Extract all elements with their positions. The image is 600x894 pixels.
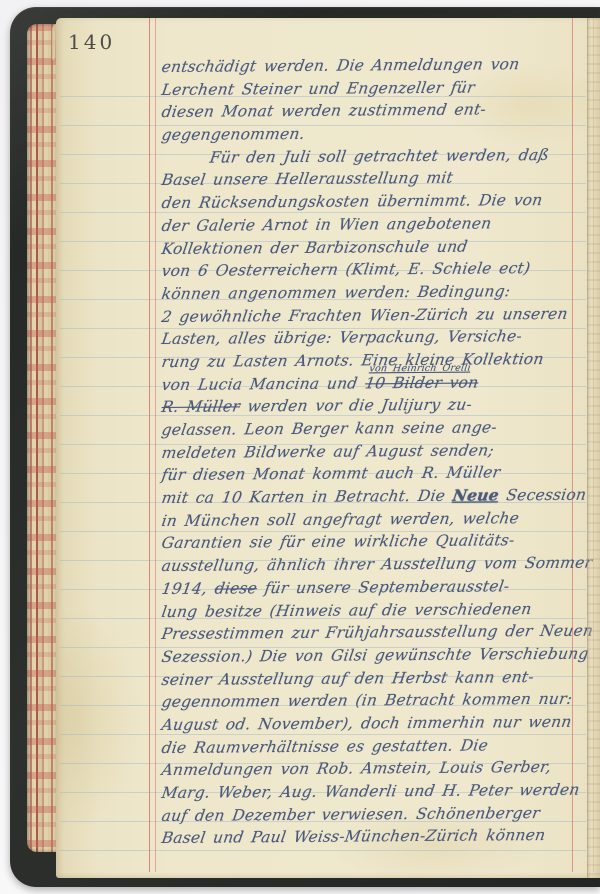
line-text-after: Secession xyxy=(497,486,587,505)
manuscript-line: Basel und Paul Weiss-München-Zürich könn… xyxy=(160,824,588,850)
line-text: auf den Dezember verwiesen. Schönenberge… xyxy=(160,804,541,825)
line-text: Basel und Paul Weiss-München-Zürich könn… xyxy=(160,826,546,847)
line-text: Kollektionen der Barbizonschule und xyxy=(160,237,469,257)
line-text: in München soll angefragt werden, welche xyxy=(160,509,520,530)
line-text: Marg. Weber, Aug. Wanderli und H. Peter … xyxy=(160,781,581,802)
line-text: den Rücksendungskosten übernimmt. Die vo… xyxy=(160,191,543,212)
line-text: Lerchent Steiner und Engenzeller für xyxy=(160,78,476,98)
line-text: können angenommen werden: Bedingung: xyxy=(160,282,511,303)
line-text: gelassen. Leon Berger kann seine ange- xyxy=(160,418,498,439)
line-text: von Lucia Mancina und xyxy=(160,374,366,394)
line-text: Anmeldungen von Rob. Amstein, Louis Gerb… xyxy=(160,758,552,779)
line-text: Für den Juli soll getrachtet werden, daß xyxy=(208,146,550,167)
manuscript-line: 1914, diese für unsere Septemberausstel- xyxy=(160,574,588,600)
overwritten-word: Neue xyxy=(451,485,500,504)
line-text: Pressestimmen zur Frühjahrsausstellung d… xyxy=(160,622,594,643)
line-text: von 6 Oesterreichern (Klimt, E. Schiele … xyxy=(160,259,531,280)
line-text: Garantien sie für eine wirkliche Qualitä… xyxy=(160,532,515,553)
left-margin-line xyxy=(149,18,150,872)
manuscript-line: Lasten, alles übrige: Verpackung, Versic… xyxy=(160,325,588,351)
line-text: meldeten Bildwerke auf August senden; xyxy=(160,441,495,462)
manuscript-text: entschädigt werden. Die Anmeldungen vonL… xyxy=(160,56,584,850)
line-text: gegengenommen. xyxy=(160,125,306,144)
line-text: Sezession.) Die von Gilsi gewünschte Ver… xyxy=(160,645,590,666)
line-text: 2 gewöhnliche Frachten Wien-Zürich zu un… xyxy=(160,304,569,325)
manuscript-line: Anmeldungen von Rob. Amstein, Louis Gerb… xyxy=(160,756,588,782)
inserted-correction: von Heinrich Orelli xyxy=(369,363,472,373)
struck-segment: von Heinrich Orelli10 Bilder von xyxy=(364,373,480,392)
manuscript-line: den Rücksendungskosten übernimmt. Die vo… xyxy=(160,189,588,215)
left-margin-line-inner xyxy=(155,18,156,872)
manuscript-line: Pressestimmen zur Frühjahrsausstellung d… xyxy=(160,620,588,646)
line-text: seiner Ausstellung auf den Herbst kann e… xyxy=(160,668,535,689)
line-text: entschädigt werden. Die Anmeldungen von xyxy=(160,55,520,76)
manuscript-line: Sezession.) Die von Gilsi gewünschte Ver… xyxy=(160,643,588,669)
line-text: der Galerie Arnot in Wien angebotenen xyxy=(160,214,492,235)
manuscript-line: entschädigt werden. Die Anmeldungen von xyxy=(160,53,588,79)
line-text: diesen Monat werden zustimmend ent- xyxy=(160,101,487,122)
manuscript-line: Marg. Weber, Aug. Wanderli und H. Peter … xyxy=(160,779,588,805)
line-text: 1914, xyxy=(160,579,216,597)
struck-segment: diese xyxy=(213,579,258,597)
manuscript-line: gelassen. Leon Berger kann seine ange- xyxy=(160,416,588,442)
struck-text: R. Müller xyxy=(160,398,241,417)
manuscript-line: gegengenommen. xyxy=(160,121,588,147)
line-text: rung zu Lasten Arnots. Eine kleine Kolle… xyxy=(160,350,545,371)
manuscript-line: von 6 Oesterreichern (Klimt, E. Schiele … xyxy=(160,257,588,283)
manuscript-line: können angenommen werden: Bedingung: xyxy=(160,280,588,306)
line-text: Lasten, alles übrige: Verpackung, Versic… xyxy=(160,327,523,348)
line-text: Basel unsere Hellerausstellung mit xyxy=(160,169,454,189)
line-text: lung besitze (Hinweis auf die verschiede… xyxy=(160,600,533,621)
underlying-page-edges xyxy=(587,18,600,878)
notebook-page: 140 entschädigt werden. Die Anmeldungen … xyxy=(56,18,600,878)
manuscript-line: mit ca 10 Karten in Betracht. Die Neue S… xyxy=(160,484,588,510)
manuscript-line: der Galerie Arnot in Wien angebotenen xyxy=(160,211,588,237)
line-text: für diesen Monat kommt auch R. Müller xyxy=(160,464,501,485)
line-text-after: werden vor die Julijury zu- xyxy=(239,396,474,416)
line-text: August od. November), doch immerhin nur … xyxy=(160,713,573,734)
manuscript-line: R. Müller werden vor die Julijury zu- xyxy=(160,393,588,419)
manuscript-line: August od. November), doch immerhin nur … xyxy=(160,711,588,737)
line-text: ausstellung, ähnlich ihrer Ausstellung v… xyxy=(160,554,593,575)
line-text: die Raumverhältnisse es gestatten. Die xyxy=(160,736,489,757)
struck-text: 10 Bilder von xyxy=(364,373,480,392)
struck-text: diese xyxy=(213,579,258,597)
line-text: mit ca 10 Karten in Betracht. Die xyxy=(160,487,454,507)
manuscript-line: für diesen Monat kommt auch R. Müller xyxy=(160,461,588,487)
manuscript-line: ausstellung, ähnlich ihrer Ausstellung v… xyxy=(160,552,588,578)
page-edges-marbled xyxy=(27,24,59,852)
line-text: gegennommen werden (in Betracht kommen n… xyxy=(160,690,573,711)
manuscript-line: gegennommen werden (in Betracht kommen n… xyxy=(160,688,588,714)
struck-segment: R. Müller xyxy=(160,398,241,417)
page-number: 140 xyxy=(68,30,115,54)
photo-background: 140 entschädigt werden. Die Anmeldungen … xyxy=(0,0,600,894)
line-text-after: für unsere Septemberausstel- xyxy=(256,577,511,597)
manuscript-line: diesen Monat werden zustimmend ent- xyxy=(160,98,588,124)
